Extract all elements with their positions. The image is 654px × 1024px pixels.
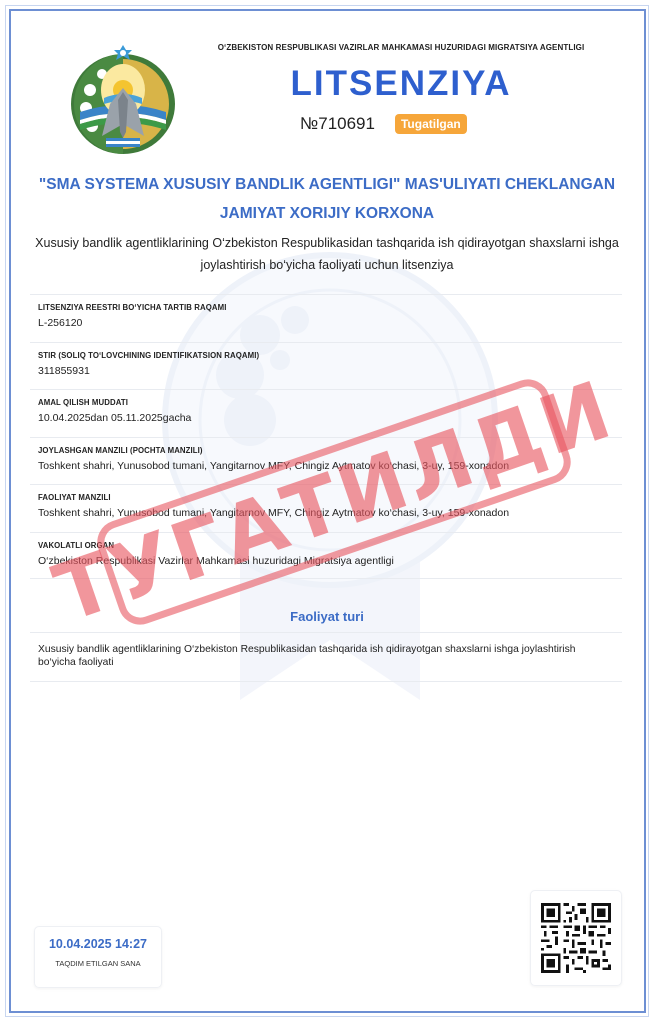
field-tin: STIR (SOLIQ TO‘LOVCHINING IDENTIFIKATSIO… [30,342,622,390]
license-purpose: Xususiy bandlik agentliklarining O‘zbeki… [24,232,630,276]
field-label: JOYLASHGAN MANZILI (POCHTA MANZILI) [38,446,614,455]
field-validity-period: AMAL QILISH MUDDATI 10.04.2025dan 05.11.… [30,389,622,437]
activity-type-text: Xususiy bandlik agentliklarining O‘zbeki… [30,632,622,682]
submission-date-card: 10.04.2025 14:27 TAQDIM ETILGAN SANA [34,926,162,988]
field-label: VAKOLATLI ORGAN [38,541,614,550]
activity-type-heading: Faoliyat turi [24,609,630,624]
field-value: Toshkent shahri, Yunusobod tumani, Yangi… [38,460,614,472]
document-title: LITSENZIYA [200,64,602,104]
field-label: AMAL QILISH MUDDATI [38,398,614,407]
status-badge: Tugatilgan [395,114,467,134]
issuing-agency: O‘ZBEKISTON RESPUBLIKASI VAZIRLAR MAHKAM… [200,43,602,52]
field-label: LITSENZIYA REESTRI BO‘YICHA TARTIB RAQAM… [38,303,614,312]
field-label: FAOLIYAT MANZILI [38,493,614,502]
field-label: STIR (SOLIQ TO‘LOVCHINING IDENTIFIKATSIO… [38,351,614,360]
submission-date-label: TAQDIM ETILGAN SANA [35,959,161,968]
field-activity-address: FAOLIYAT MANZILI Toshkent shahri, Yunuso… [30,484,622,532]
company-name: "SMA SYSTEMA XUSUSIY BANDLIK AGENTLIGI" … [24,170,630,228]
field-authority: VAKOLATLI ORGAN O‘zbekiston Respublikasi… [30,532,622,580]
field-value: Toshkent shahri, Yunusobod tumani, Yangi… [38,507,614,519]
field-value: 311855931 [38,365,614,377]
field-value: O‘zbekiston Respublikasi Vazirlar Mahkam… [38,555,614,567]
license-number-row: №710691 Tugatilgan [300,112,467,136]
field-registry-number: LITSENZIYA REESTRI BO‘YICHA TARTIB RAQAM… [30,294,622,342]
state-emblem-icon [66,40,180,158]
license-fields: LITSENZIYA REESTRI BO‘YICHA TARTIB RAQAM… [30,294,622,579]
qr-card[interactable] [530,890,622,986]
field-value: L-256120 [38,317,614,329]
field-postal-address: JOYLASHGAN MANZILI (POCHTA MANZILI) Tosh… [30,437,622,485]
field-value: 10.04.2025dan 05.11.2025gacha [38,412,614,424]
qr-code-icon[interactable] [541,903,611,973]
submission-date: 10.04.2025 14:27 [35,937,161,951]
license-number: №710691 [300,114,375,134]
